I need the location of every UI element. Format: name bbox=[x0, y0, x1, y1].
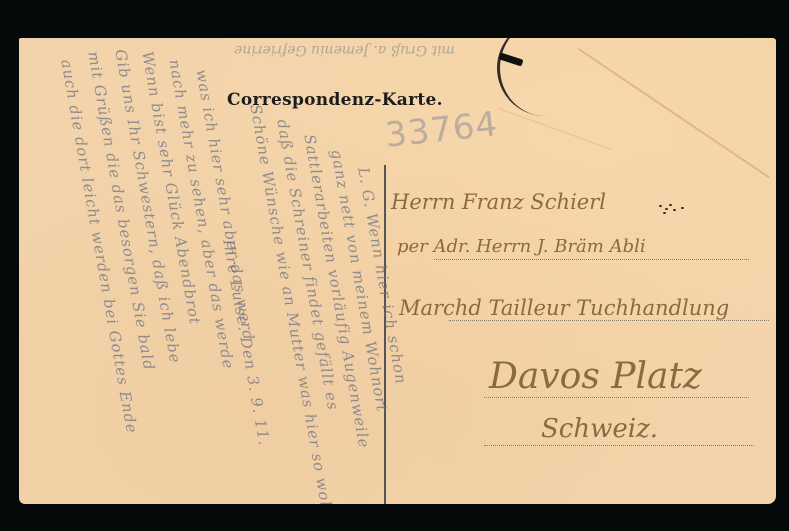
address-city: Davos Platz bbox=[489, 356, 702, 397]
address-dotted-line-1 bbox=[434, 259, 749, 260]
address-recipient: Herrn Franz Schierl bbox=[391, 190, 606, 214]
address-business: Marchd Tailleur Tuchhandlung bbox=[399, 296, 729, 320]
postmark-stamp-arc bbox=[497, 38, 560, 116]
postcard: mit Gruß a. Jemeniu Gefrierine Correspon… bbox=[19, 38, 776, 504]
address-dotted-line-2 bbox=[449, 320, 769, 321]
ink-specks bbox=[659, 203, 689, 215]
address-care-of: per Adr. Herrn J. Bräm Abli bbox=[397, 236, 646, 257]
address-dotted-line-3 bbox=[484, 397, 749, 398]
paper-crease bbox=[578, 48, 770, 178]
message-area: L. G. Wenn hier ich schon ganz nett von … bbox=[19, 38, 379, 504]
archive-number: 33764 bbox=[383, 104, 500, 156]
address-dotted-line-4 bbox=[484, 445, 754, 446]
address-country: Schweiz. bbox=[541, 414, 658, 444]
